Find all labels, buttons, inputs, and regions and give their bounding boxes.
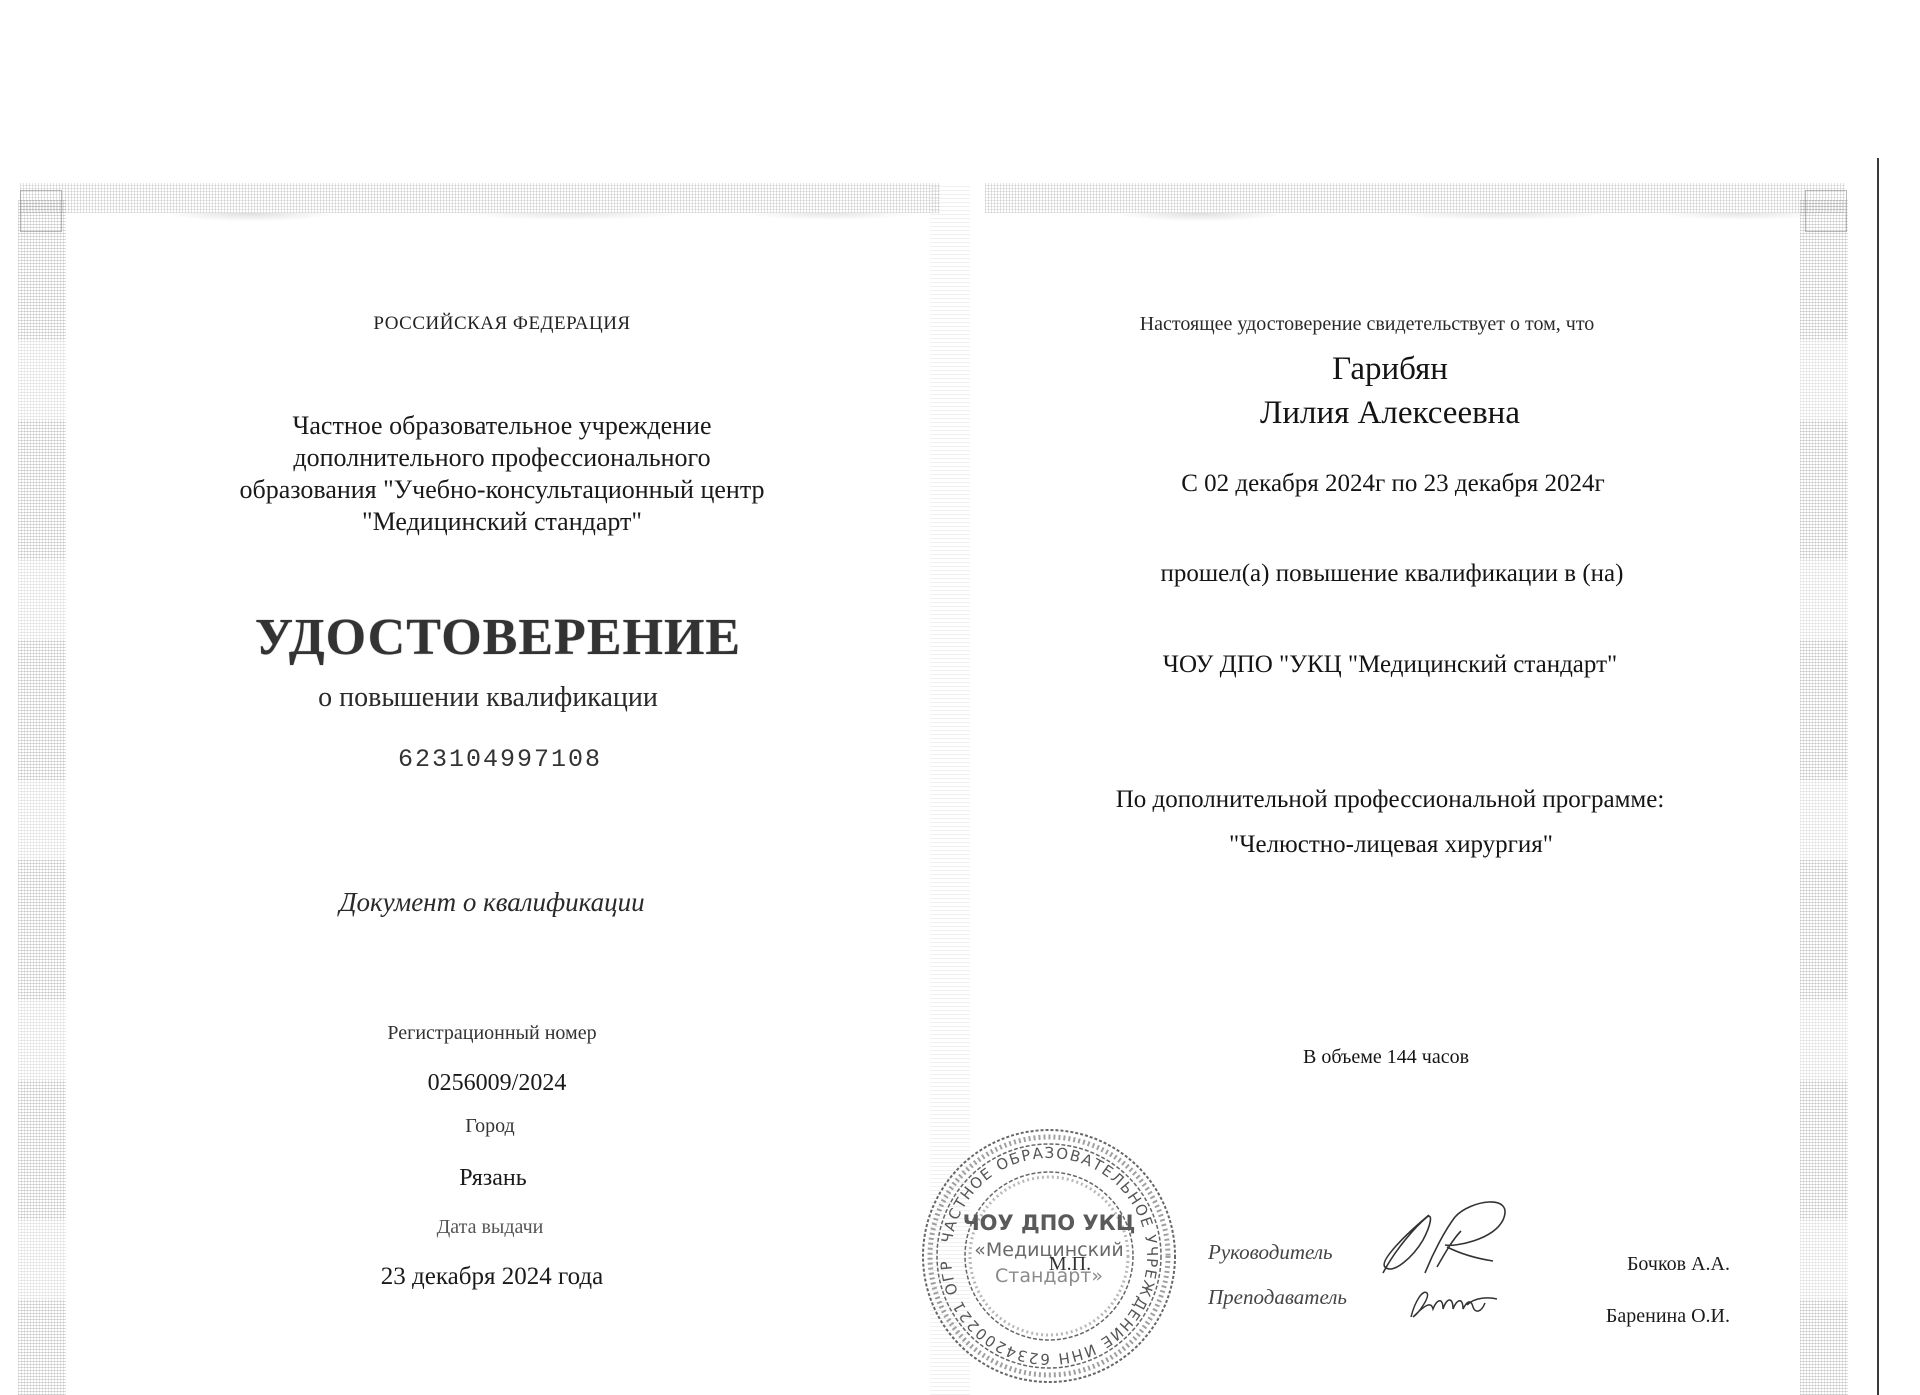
holder-given-names: Лилия Алексеевна bbox=[1260, 391, 1520, 435]
signature-role-director: Руководитель bbox=[1208, 1240, 1333, 1265]
document-type: Документ о квалификации bbox=[339, 887, 644, 918]
border-right bbox=[1800, 200, 1848, 1395]
director-signature-icon bbox=[1375, 1195, 1520, 1280]
stamp-center-line: ЧОУ ДПО УКЦ bbox=[963, 1211, 1136, 1235]
institution-line: дополнительного профессионального bbox=[239, 442, 764, 474]
document-title: УДОСТОВЕРЕНИЕ bbox=[255, 608, 741, 667]
scan-edge-line bbox=[1877, 158, 1879, 1395]
certificate-intro: Настоящее удостоверение свидетельствует … bbox=[1140, 313, 1595, 336]
seal-mark: М.П. bbox=[1049, 1253, 1091, 1276]
institution-name: Частное образовательное учреждение допол… bbox=[239, 410, 764, 538]
program-name: "Челюстно-лицевая хирургия" bbox=[1229, 831, 1553, 859]
issue-date: 23 декабря 2024 года bbox=[381, 1263, 603, 1291]
registration-number: 0256009/2024 bbox=[428, 1070, 567, 1097]
completion-statement: прошел(а) повышение квалификации в (на) bbox=[1161, 560, 1624, 588]
issue-date-label: Дата выдачи bbox=[437, 1216, 544, 1239]
city-label: Город bbox=[465, 1115, 514, 1138]
institution-line: Частное образовательное учреждение bbox=[239, 410, 764, 442]
holder-surname: Гарибян bbox=[1260, 347, 1520, 391]
signature-role-teacher: Преподаватель bbox=[1208, 1285, 1347, 1310]
director-name: Бочков А.А. bbox=[1627, 1253, 1730, 1276]
document-subtitle: о повышении квалификации bbox=[318, 682, 658, 714]
organization-name: ЧОУ ДПО "УКЦ "Медицинский стандарт" bbox=[1163, 651, 1617, 679]
training-hours: В объеме 144 часов bbox=[1303, 1046, 1469, 1069]
serial-number: 623104997108 bbox=[398, 745, 602, 774]
border-top-right bbox=[985, 183, 1845, 213]
institution-line: "Медицинский стандарт" bbox=[239, 506, 764, 538]
institution-line: образования "Учебно-консультационный цен… bbox=[239, 474, 764, 506]
registration-label: Регистрационный номер bbox=[387, 1022, 596, 1045]
country-heading: РОССИЙСКАЯ ФЕДЕРАЦИЯ bbox=[373, 313, 630, 335]
border-left bbox=[18, 200, 66, 1395]
teacher-name: Баренина О.И. bbox=[1606, 1305, 1730, 1328]
border-top-left bbox=[20, 183, 940, 213]
holder-name: Гарибян Лилия Алексеевна bbox=[1260, 347, 1520, 435]
city: Рязань bbox=[459, 1165, 526, 1192]
corner-ornament-right bbox=[1805, 190, 1847, 232]
official-stamp: ЧАСТНОЕ ОБРАЗОВАТЕЛЬНОЕ УЧРЕЖДЕНИЕ ИНН 6… bbox=[918, 1125, 1180, 1387]
corner-ornament-left bbox=[20, 190, 62, 232]
program-label: По дополнительной профессиональной прогр… bbox=[1116, 786, 1665, 814]
teacher-signature-icon bbox=[1405, 1283, 1505, 1323]
training-period: С 02 декабря 2024г по 23 декабря 2024г bbox=[1181, 470, 1605, 498]
